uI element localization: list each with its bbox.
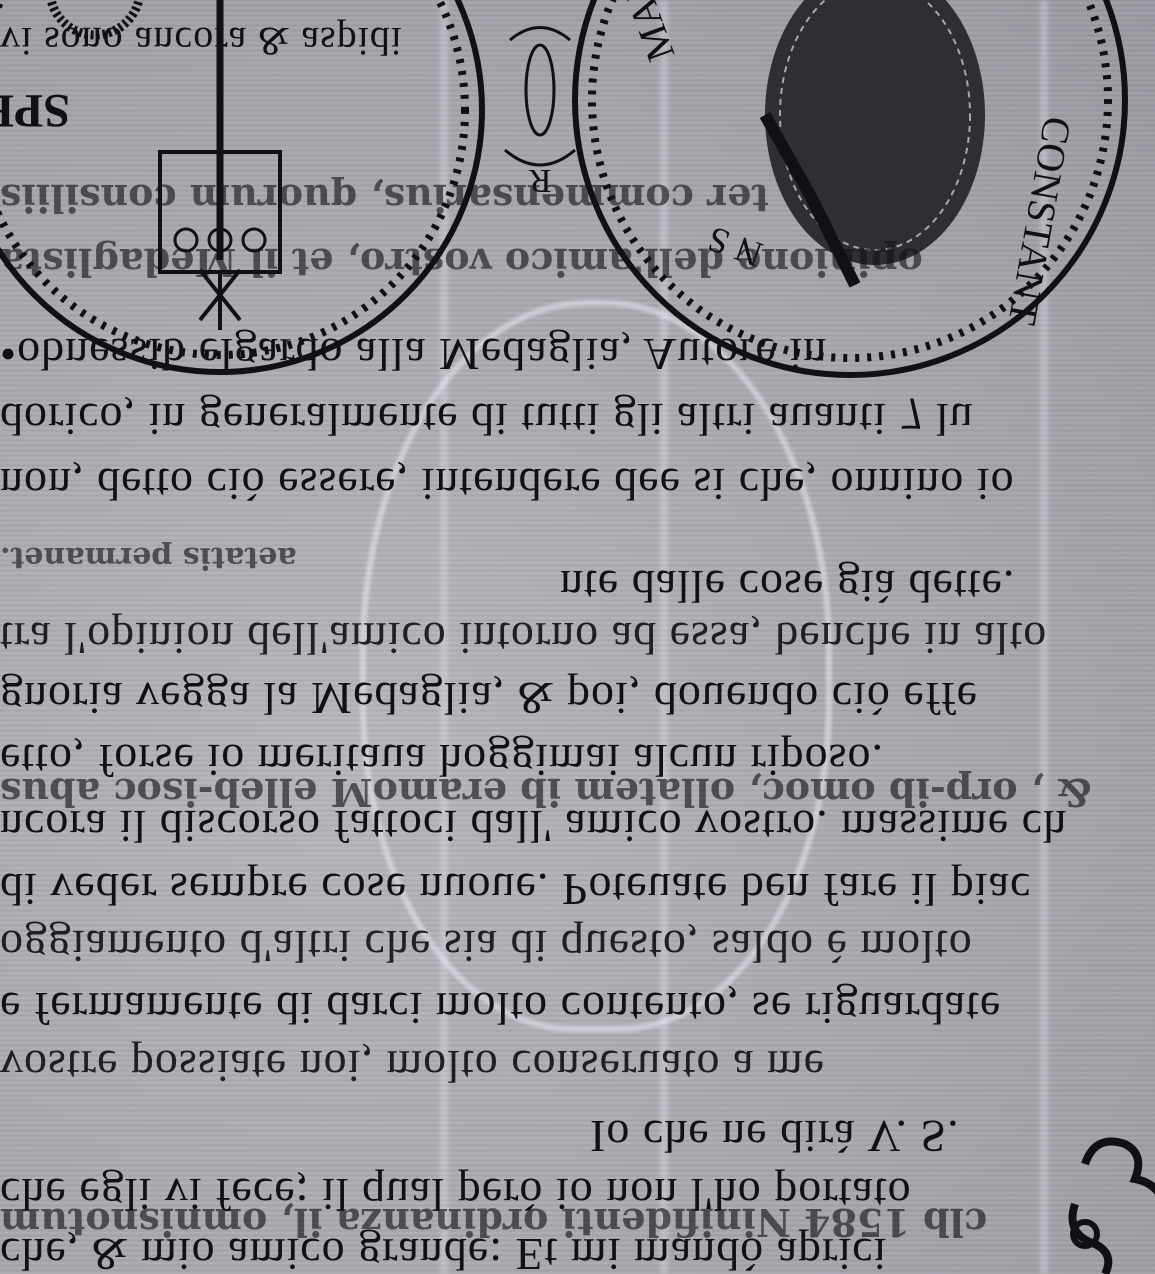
text-line: dorico, in generalmente di tutti gli alt… bbox=[0, 393, 974, 447]
text-line: che, & mio amico grande: Et mi mandò apr… bbox=[0, 1228, 887, 1274]
decorative-initial-ornament bbox=[1055, 1124, 1155, 1274]
overlapping-line: oggiamento d'altri che sia di questo, sa… bbox=[0, 920, 973, 973]
overlapping-line: vostre possiate noi, molto conseruato a … bbox=[0, 1040, 825, 1093]
text-line: •obnessib elgardo alla Medaglia, Autore … bbox=[0, 328, 827, 381]
show-through-line: opinione dell'amico vostro, et il Medagl… bbox=[0, 240, 923, 285]
text-line: gnoria vegga la Medaglia, & poi, douendo… bbox=[0, 672, 978, 725]
coin-legend-right: CONSTANT bbox=[1000, 113, 1081, 328]
show-through-line: aetatis permanet. bbox=[0, 540, 297, 575]
coin-legend-left: SPES PVBLIC bbox=[0, 84, 70, 137]
text-line: ncora il discorso fattoci dall' amico vo… bbox=[0, 800, 1067, 853]
text-line: vi sono ancora & aspidi bbox=[0, 18, 403, 65]
text-line: Io che ne dirà V. S. bbox=[590, 1110, 960, 1163]
show-through-line: ter commensarius, quorum consiliis bbox=[0, 176, 769, 221]
text-line: e fermamente di darci molto contento, se… bbox=[0, 982, 1001, 1035]
text-line: non, detto ciò essere, intendere dee si … bbox=[0, 458, 1015, 511]
text-line: di veder sempre cose nuoue. Poteuate ben… bbox=[0, 863, 1031, 916]
text-line: nte dalle cose già dette. bbox=[560, 560, 1015, 613]
overlapping-line: tra l'opinion dell'amico intorno ad essa… bbox=[0, 612, 1047, 665]
